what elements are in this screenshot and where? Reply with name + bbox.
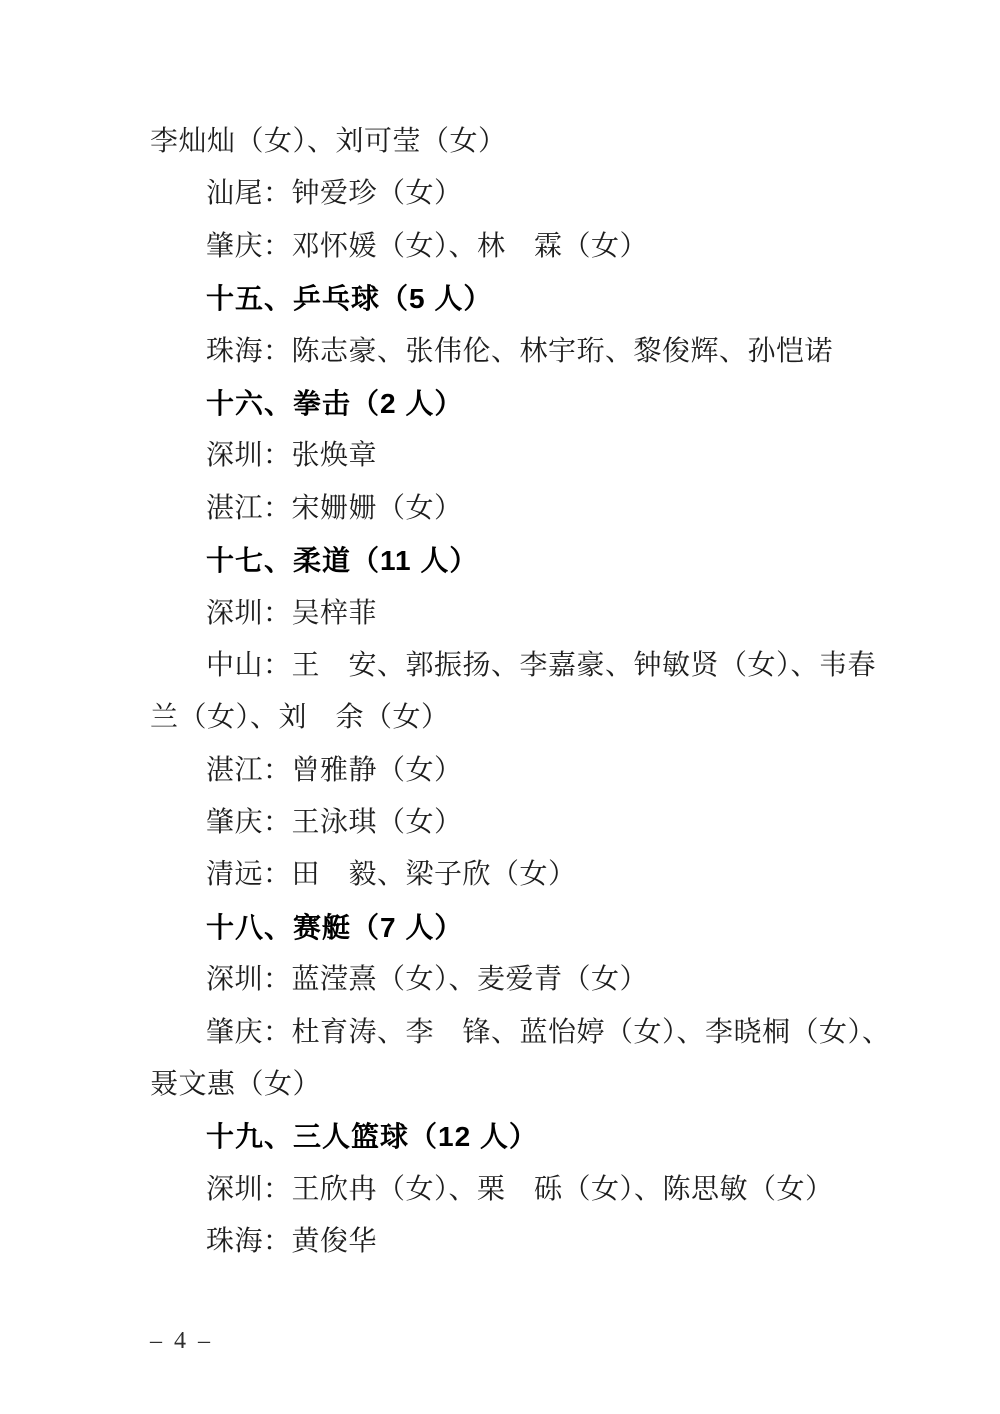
document-line: 中山：王 安、郭振扬、李嘉豪、钟敏贤（女）、韦春 bbox=[150, 640, 862, 692]
section-heading: 十五、乒乓球（5 人） bbox=[150, 273, 862, 325]
section-heading: 十六、拳击（2 人） bbox=[150, 378, 862, 430]
document-line: 深圳：吴梓菲 bbox=[150, 588, 862, 640]
document-line: 肇庆：王泳琪（女） bbox=[150, 797, 862, 849]
document-line: 聂文惠（女） bbox=[150, 1059, 862, 1111]
document-line: 汕尾：钟爱珍（女） bbox=[150, 168, 862, 220]
section-heading: 十九、三人篮球（12 人） bbox=[150, 1111, 862, 1163]
document-line: 深圳：王欣冉（女）、栗 砾（女）、陈思敏（女） bbox=[150, 1164, 862, 1216]
document-line: 深圳：张焕章 bbox=[150, 430, 862, 482]
document-line: 深圳：蓝滢熹（女）、麦爱青（女） bbox=[150, 954, 862, 1006]
document-line: 湛江：曾雅静（女） bbox=[150, 745, 862, 797]
document-page: 李灿灿（女）、刘可莹（女）汕尾：钟爱珍（女）肇庆：邓怀媛（女）、林 霖（女）十五… bbox=[0, 0, 1000, 1414]
page-number: – 4 – bbox=[150, 1326, 213, 1356]
document-line: 李灿灿（女）、刘可莹（女） bbox=[150, 116, 862, 168]
document-line: 兰（女）、刘 余（女） bbox=[150, 692, 862, 744]
document-line: 肇庆：杜育涛、李 锋、蓝怡婷（女）、李晓桐（女）、 bbox=[150, 1007, 862, 1059]
document-line: 珠海：黄俊华 bbox=[150, 1216, 862, 1268]
document-line: 珠海：陈志豪、张伟伦、林宇珩、黎俊辉、孙恺诺 bbox=[150, 326, 862, 378]
document-line: 湛江：宋姗姗（女） bbox=[150, 483, 862, 535]
section-heading: 十七、柔道（11 人） bbox=[150, 535, 862, 587]
document-content: 李灿灿（女）、刘可莹（女）汕尾：钟爱珍（女）肇庆：邓怀媛（女）、林 霖（女）十五… bbox=[150, 116, 862, 1269]
document-line: 肇庆：邓怀媛（女）、林 霖（女） bbox=[150, 221, 862, 273]
section-heading: 十八、赛艇（7 人） bbox=[150, 902, 862, 954]
document-line: 清远：田 毅、梁子欣（女） bbox=[150, 849, 862, 901]
